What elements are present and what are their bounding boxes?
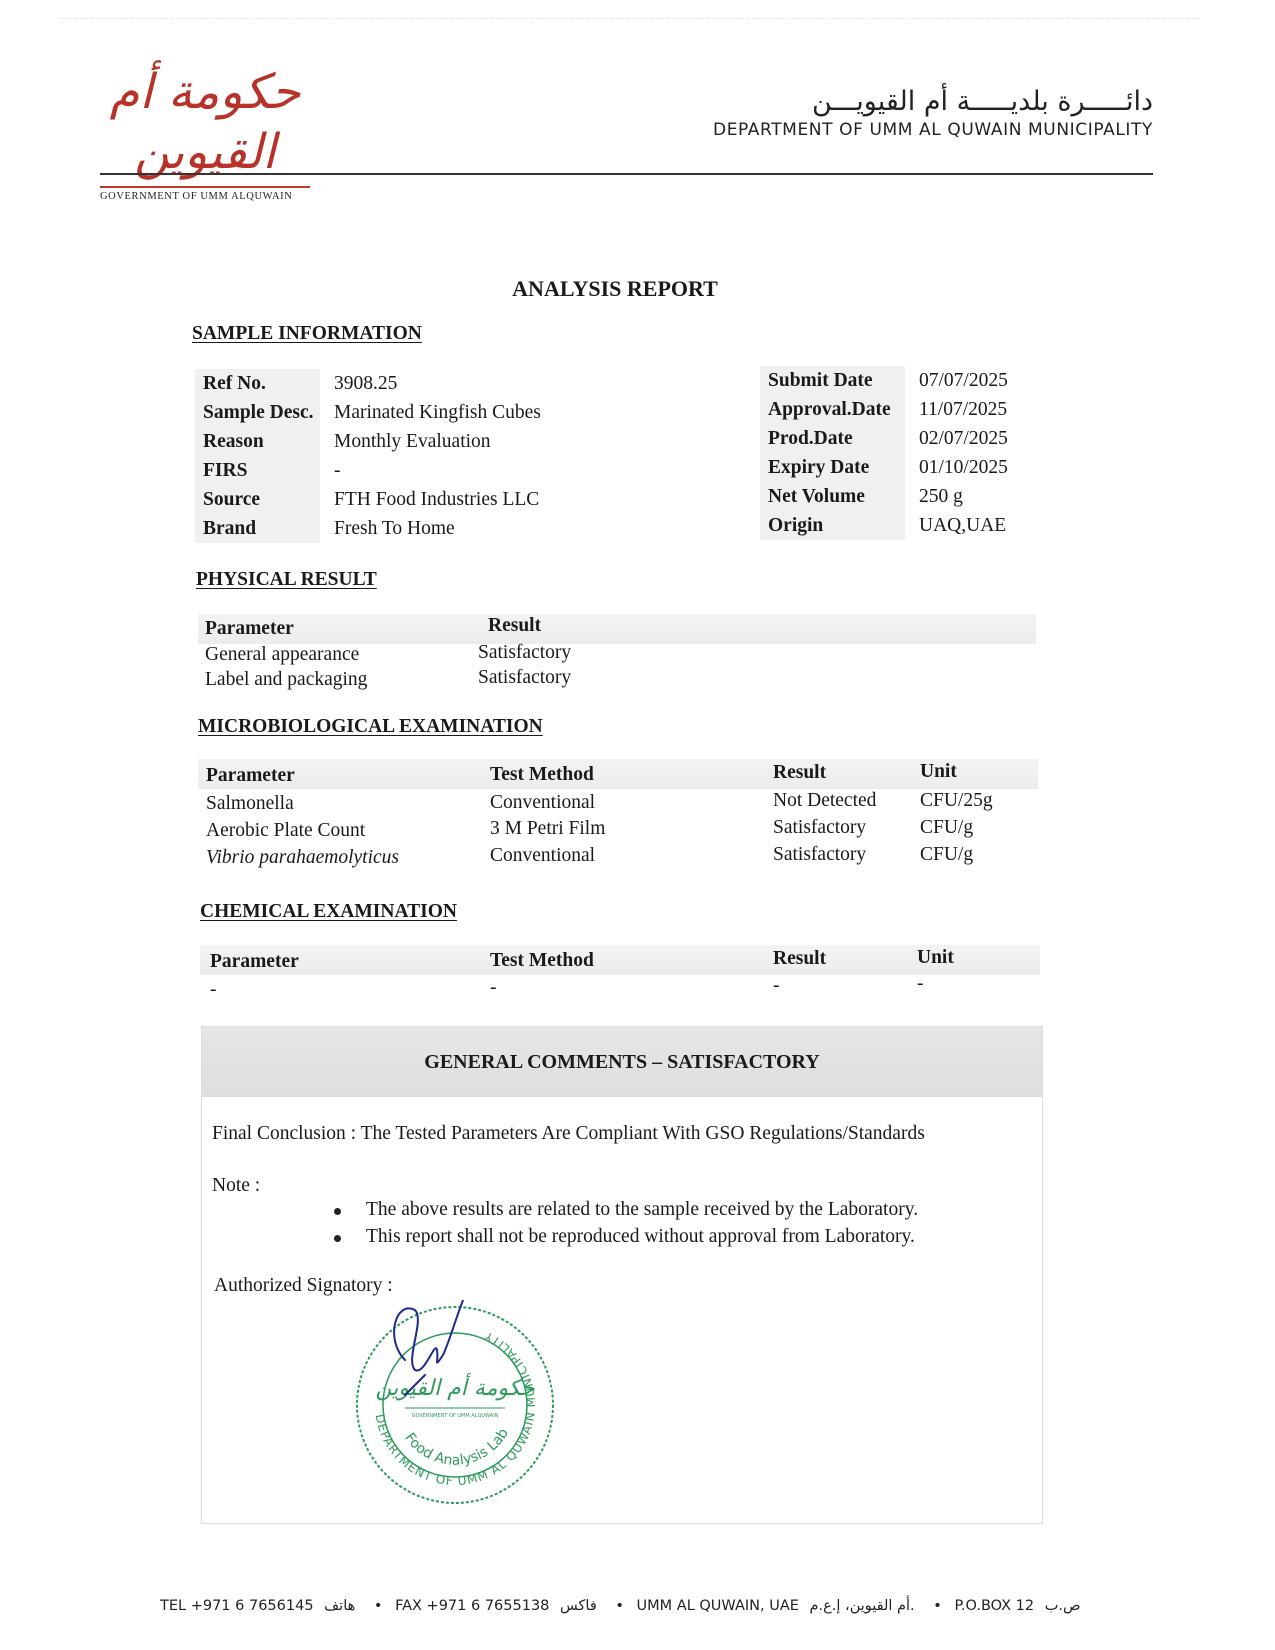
parameter-cell: Salmonella: [206, 793, 294, 815]
authorized-signatory-label: Authorized Signatory :: [214, 1275, 393, 1297]
result-cell: Satisfactory: [478, 667, 571, 689]
info-label: Sample Desc.: [195, 398, 320, 427]
column-header-result: Result: [773, 762, 826, 784]
info-row-source: SourceFTH Food Industries LLC: [195, 485, 541, 514]
column-header-test-method: Test Method: [490, 764, 594, 786]
table-row: General appearance Satisfactory: [198, 644, 1036, 669]
footer-contact: TEL +971 6 7656145 هاتف • FAX +971 6 765…: [160, 1598, 1087, 1614]
info-row-prod-date: Prod.Date02/07/2025: [760, 424, 1008, 453]
column-header-parameter: Parameter: [205, 618, 294, 640]
footer-pobox-arabic: ص.ب: [1045, 1598, 1081, 1614]
test-method-cell: -: [490, 977, 497, 999]
info-value: -: [320, 456, 541, 485]
info-value: Fresh To Home: [320, 514, 541, 543]
info-label: Prod.Date: [760, 424, 905, 453]
department-title: دائـــــرة بلديـــــة أم القيويـــن DEPA…: [713, 86, 1153, 140]
list-item: This report shall not be reproduced with…: [330, 1226, 918, 1253]
table-row: - - - -: [200, 975, 1040, 1002]
info-value: 07/07/2025: [905, 366, 1008, 395]
parameter-cell: -: [210, 979, 217, 1001]
sample-info-left-table: Ref No.3908.25 Sample Desc.Marinated Kin…: [195, 369, 541, 543]
table-header: Parameter Test Method Result Unit: [200, 945, 1040, 975]
footer-city-arabic: أم القيوين، إ.ع.م.: [810, 1598, 915, 1614]
info-label: FIRS: [195, 456, 320, 485]
parameter-cell: Vibrio parahaemolyticus: [206, 847, 399, 869]
column-header-result: Result: [773, 948, 826, 970]
footer-tel: TEL +971 6 7656145: [160, 1598, 314, 1614]
column-header-result: Result: [488, 615, 541, 637]
note-label: Note :: [212, 1175, 260, 1197]
report-title: ANALYSIS REPORT: [0, 276, 1230, 302]
test-method-cell: 3 M Petri Film: [490, 818, 605, 840]
info-row-firs: FIRS-: [195, 456, 541, 485]
stamp-icon: DEPARTMENT OF UMM AL QUWAIN MUNICIPALITY…: [345, 1300, 565, 1510]
note-text: The above results are related to the sam…: [366, 1199, 918, 1220]
info-row-approval-date: Approval.Date11/07/2025: [760, 395, 1008, 424]
separator-dot: •: [933, 1598, 942, 1614]
bullet-icon: [334, 1235, 341, 1242]
table-header: Parameter Result: [198, 614, 1036, 644]
info-row-sample-desc: Sample Desc.Marinated Kingfish Cubes: [195, 398, 541, 427]
info-row-brand: BrandFresh To Home: [195, 514, 541, 543]
table-row: Label and packaging Satisfactory: [198, 669, 1036, 696]
table-row: Aerobic Plate Count 3 M Petri Film Satis…: [198, 816, 1038, 843]
physical-result-heading: PHYSICAL RESULT: [196, 569, 377, 591]
sample-info-right-table: Submit Date07/07/2025 Approval.Date11/07…: [760, 366, 1008, 540]
sample-information-heading: SAMPLE INFORMATION: [192, 323, 422, 345]
footer-fax: FAX +971 6 7655138: [395, 1598, 549, 1614]
table-header: Parameter Test Method Result Unit: [198, 759, 1038, 789]
test-method-cell: Conventional: [490, 792, 595, 814]
footer-fax-arabic: فاكس: [560, 1598, 597, 1614]
physical-result-table: Parameter Result General appearance Sati…: [198, 614, 1036, 696]
info-value: UAQ,UAE: [905, 511, 1008, 540]
separator-dot: •: [374, 1598, 383, 1614]
footer-city: UMM AL QUWAIN, UAE: [637, 1598, 799, 1614]
info-value: FTH Food Industries LLC: [320, 485, 541, 514]
column-header-test-method: Test Method: [490, 950, 594, 972]
info-value: Marinated Kingfish Cubes: [320, 398, 541, 427]
parameter-cell: Aerobic Plate Count: [206, 820, 365, 842]
info-row-expiry-date: Expiry Date01/10/2025: [760, 453, 1008, 482]
info-value: Monthly Evaluation: [320, 427, 541, 456]
final-conclusion: Final Conclusion : The Tested Parameters…: [212, 1123, 925, 1145]
info-label: Expiry Date: [760, 453, 905, 482]
unit-cell: CFU/25g: [920, 790, 993, 812]
result-cell: Satisfactory: [478, 642, 571, 664]
info-row-submit-date: Submit Date07/07/2025: [760, 366, 1008, 395]
general-comments-box: GENERAL COMMENTS – SATISFACTORY Final Co…: [201, 1026, 1043, 1524]
svg-text:حكومة أم القيوين: حكومة أم القيوين: [375, 1373, 535, 1401]
info-row-net-volume: Net Volume250 g: [760, 482, 1008, 511]
info-label: Brand: [195, 514, 320, 543]
info-label: Source: [195, 485, 320, 514]
result-cell: -: [773, 975, 780, 997]
list-item: The above results are related to the sam…: [330, 1199, 918, 1226]
department-english: DEPARTMENT OF UMM AL QUWAIN MUNICIPALITY: [713, 120, 1153, 140]
info-value: 250 g: [905, 482, 1008, 511]
info-label: Net Volume: [760, 482, 905, 511]
parameter-cell: General appearance: [205, 644, 359, 666]
info-row-ref-no: Ref No.3908.25: [195, 369, 541, 398]
info-value: 3908.25: [320, 369, 541, 398]
unit-cell: CFU/g: [920, 817, 973, 839]
info-label: Ref No.: [195, 369, 320, 398]
parameter-cell: Label and packaging: [205, 669, 367, 691]
separator-dot: •: [615, 1598, 624, 1614]
chemical-table: Parameter Test Method Result Unit - - - …: [200, 945, 1040, 1002]
info-label: Origin: [760, 511, 905, 540]
info-value: 11/07/2025: [905, 395, 1008, 424]
government-logo: حكومة أم القيوين GOVERNMENT OF UMM ALQUW…: [100, 62, 310, 202]
microbiological-heading: MICROBIOLOGICAL EXAMINATION: [198, 716, 543, 738]
scan-artifact-line: [60, 18, 1200, 19]
table-row: Vibrio parahaemolyticus Conventional Sat…: [198, 843, 1038, 870]
column-header-unit: Unit: [920, 761, 957, 783]
note-text: This report shall not be reproduced with…: [366, 1226, 915, 1247]
info-value: 01/10/2025: [905, 453, 1008, 482]
unit-cell: -: [917, 973, 924, 995]
info-label: Approval.Date: [760, 395, 905, 424]
logo-red-rule: [100, 186, 310, 188]
chemical-heading: CHEMICAL EXAMINATION: [200, 901, 457, 923]
svg-text:GOVERNMENT OF UMM ALQUWAIN: GOVERNMENT OF UMM ALQUWAIN: [412, 1413, 499, 1419]
microbiological-table: Parameter Test Method Result Unit Salmon…: [198, 759, 1038, 870]
table-row: Salmonella Conventional Not Detected CFU…: [198, 789, 1038, 816]
header-divider: [100, 173, 1153, 175]
column-header-parameter: Parameter: [210, 951, 299, 973]
bullet-icon: [334, 1208, 341, 1215]
result-cell: Satisfactory: [773, 817, 866, 839]
column-header-parameter: Parameter: [206, 765, 295, 787]
info-value: 02/07/2025: [905, 424, 1008, 453]
result-cell: Satisfactory: [773, 844, 866, 866]
notes-list: The above results are related to the sam…: [330, 1199, 918, 1253]
footer-pobox: P.O.BOX 12: [954, 1598, 1034, 1614]
test-method-cell: Conventional: [490, 845, 595, 867]
gov-logo-caption: GOVERNMENT OF UMM ALQUWAIN: [100, 191, 310, 202]
unit-cell: CFU/g: [920, 844, 973, 866]
info-label: Submit Date: [760, 366, 905, 395]
info-row-origin: OriginUAQ,UAE: [760, 511, 1008, 540]
general-comments-heading: GENERAL COMMENTS – SATISFACTORY: [202, 1027, 1042, 1097]
result-cell: Not Detected: [773, 790, 876, 812]
department-arabic: دائـــــرة بلديـــــة أم القيويـــن: [713, 86, 1153, 118]
footer-tel-arabic: هاتف: [324, 1598, 355, 1614]
info-label: Reason: [195, 427, 320, 456]
food-analysis-lab-stamp: DEPARTMENT OF UMM AL QUWAIN MUNICIPALITY…: [345, 1300, 565, 1510]
gov-logo-arabic-calligraphy: حكومة أم القيوين: [100, 62, 310, 182]
column-header-unit: Unit: [917, 947, 954, 969]
info-row-reason: ReasonMonthly Evaluation: [195, 427, 541, 456]
